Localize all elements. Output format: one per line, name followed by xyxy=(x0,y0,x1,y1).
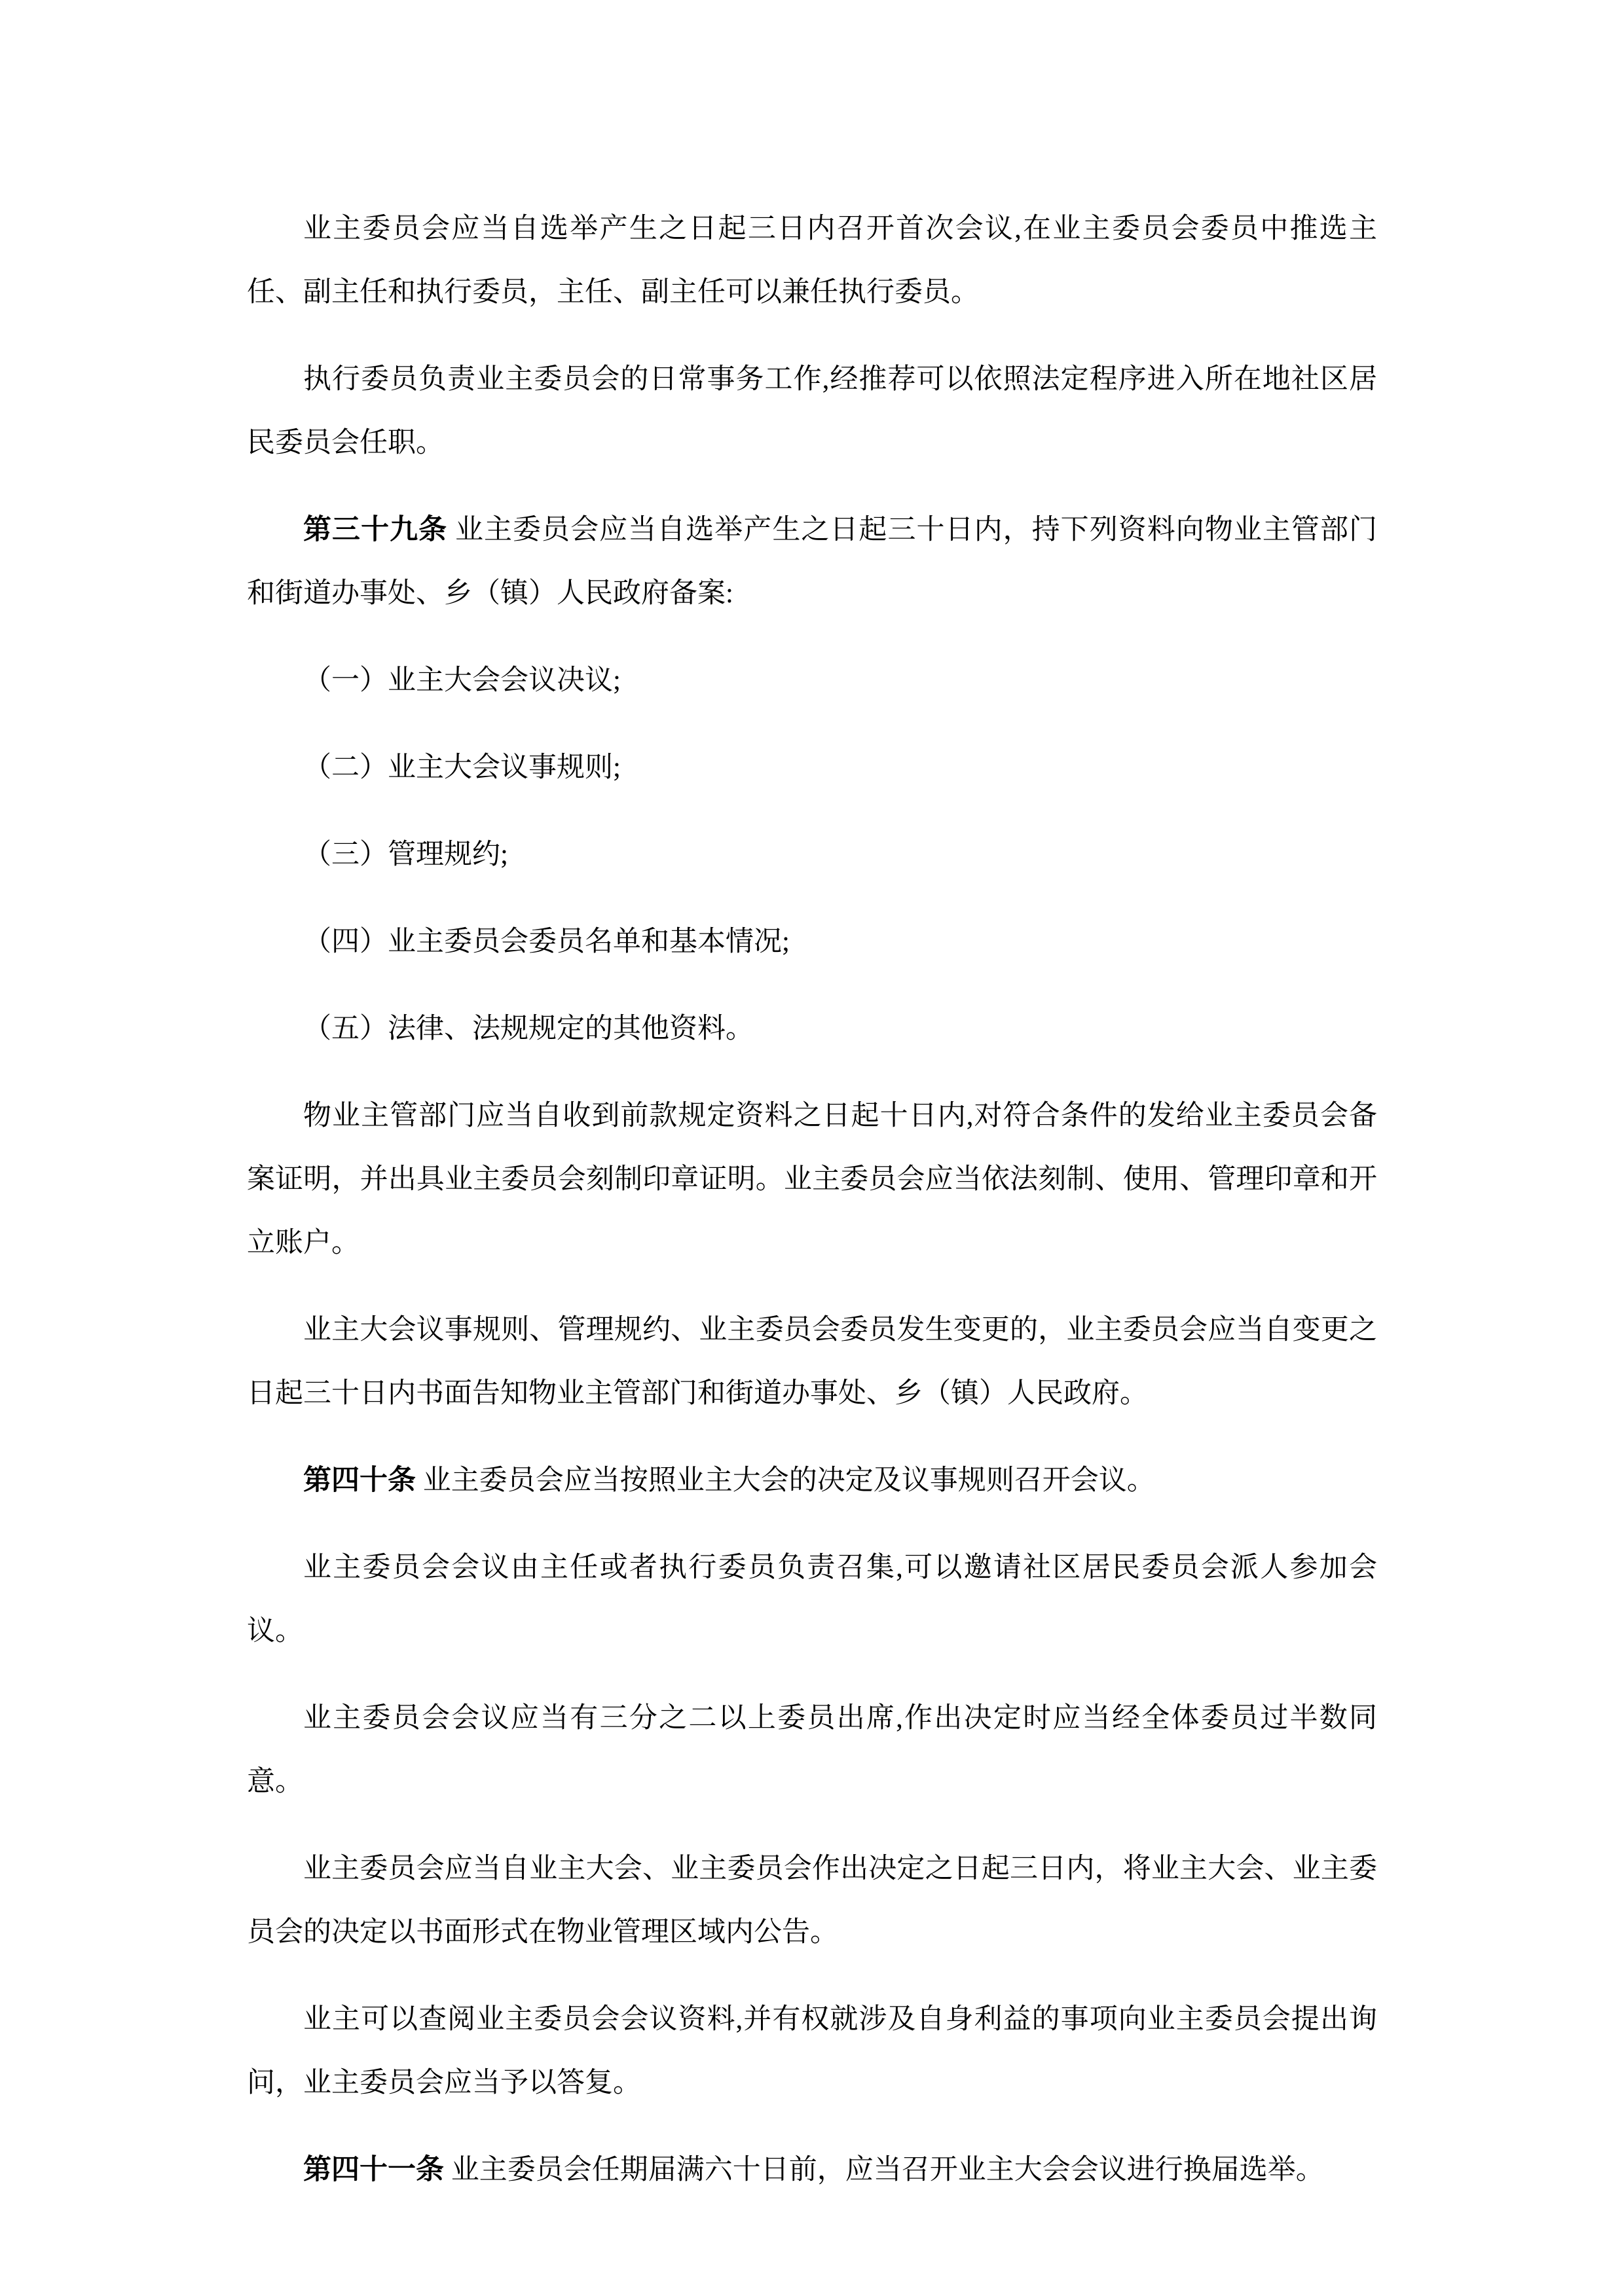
paragraph: 业主委员会应当自选举产生之日起三日内召开首次会议,在业主委员会委员中推选主任、副… xyxy=(247,197,1377,324)
paragraph: 第四十条 业主委员会应当按照业主大会的决定及议事规则召开会议。 xyxy=(247,1449,1377,1512)
paragraph: （二）业主大会议事规则; xyxy=(247,736,1377,799)
article-number: 第三十九条 xyxy=(303,515,447,545)
article-number: 第四十条 xyxy=(303,1465,416,1496)
paragraph: （四）业主委员会委员名单和基本情况; xyxy=(247,910,1377,974)
paragraph: 业主委员会会议应当有三分之二以上委员出席,作出决定时应当经全体委员过半数同意。 xyxy=(247,1686,1377,1813)
paragraph: 业主可以查阅业主委员会会议资料,并有权就涉及自身利益的事项向业主委员会提出询问，… xyxy=(247,1988,1377,2115)
paragraph: 第三十九条 业主委员会应当自选举产生之日起三十日内，持下列资料向物业主管部门和街… xyxy=(247,498,1377,625)
document-page: 业主委员会应当自选举产生之日起三日内召开首次会议,在业主委员会委员中推选主任、副… xyxy=(0,0,1624,2296)
article-number: 第四十一条 xyxy=(303,2155,444,2185)
paragraph: 业主委员会应当自业主大会、业主委员会作出决定之日起三日内，将业主大会、业主委员会… xyxy=(247,1837,1377,1964)
paragraph: （一）业主大会会议决议; xyxy=(247,649,1377,712)
paragraph: 业主委员会会议由主任或者执行委员负责召集,可以邀请社区居民委员会派人参加会议。 xyxy=(247,1536,1377,1663)
paragraph: 执行委员负责业主委员会的日常事务工作,经推荐可以依照法定程序进入所在地社区居民委… xyxy=(247,348,1377,475)
document-body: 业主委员会应当自选举产生之日起三日内召开首次会议,在业主委员会委员中推选主任、副… xyxy=(247,197,1377,2202)
paragraph: （五）法律、法规规定的其他资料。 xyxy=(247,997,1377,1061)
paragraph: 物业主管部门应当自收到前款规定资料之日起十日内,对符合条件的发给业主委员会备案证… xyxy=(247,1084,1377,1275)
paragraph: （三）管理规约; xyxy=(247,823,1377,886)
paragraph: 业主大会议事规则、管理规约、业主委员会委员发生变更的，业主委员会应当自变更之日起… xyxy=(247,1298,1377,1425)
paragraph: 第四十一条 业主委员会任期届满六十日前，应当召开业主大会会议进行换届选举。 xyxy=(247,2138,1377,2202)
